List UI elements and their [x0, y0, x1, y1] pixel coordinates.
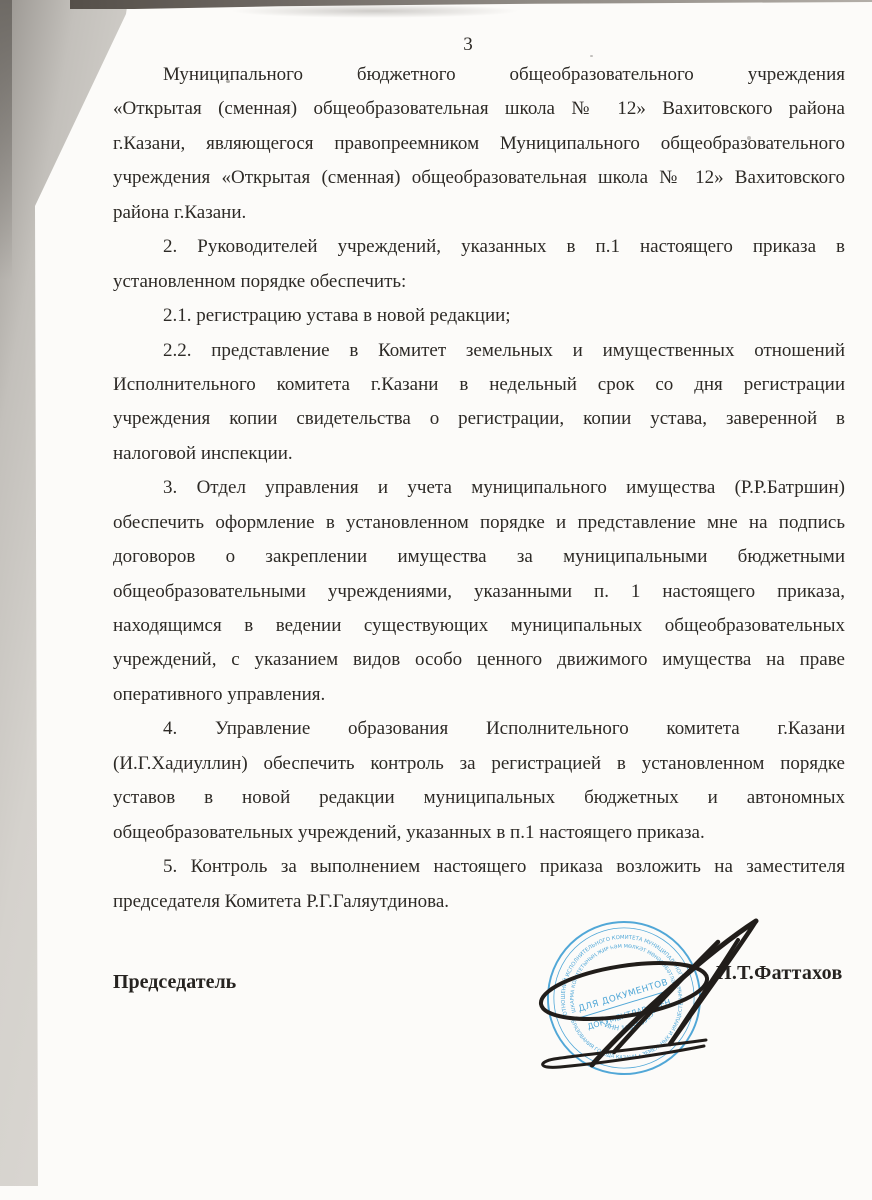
document-line: обеспечить оформление в установленном по…	[113, 506, 845, 540]
signature-underline	[543, 1040, 706, 1067]
document-line: 2.1. регистрацию устава в новой редакции…	[113, 299, 845, 333]
document-line: учреждений, с указанием видов особо ценн…	[113, 643, 845, 677]
document-body: Муниципального бюджетного общеобразовате…	[113, 58, 845, 919]
document-line: находящимся в ведении существующих муниц…	[113, 609, 845, 643]
document-line: района г.Казани.	[113, 196, 845, 230]
document-line: общеобразовательными учреждениями, указа…	[113, 575, 845, 609]
page-number: 3	[113, 34, 823, 56]
document-line: общеобразовательных учреждений, указанны…	[113, 816, 845, 850]
document-line: (И.Г.Хадиуллин) обеспечить контроль за р…	[113, 747, 845, 781]
document-line: г.Казани, являющегося правопреемником Му…	[113, 127, 845, 161]
signature-ink	[518, 900, 780, 1085]
document-line: оперативного управления.	[113, 678, 845, 712]
document-line: Исполнительного комитета г.Казани в неде…	[113, 368, 845, 402]
document-line: 4. Управление образования Исполнительног…	[113, 712, 845, 746]
document-line: «Открытая (сменная) общеобразовательная …	[113, 92, 845, 126]
document-line: 5. Контроль за выполнением настоящего пр…	[113, 850, 845, 884]
document-line: учреждения «Открытая (сменная) общеобраз…	[113, 161, 845, 195]
document-line: 2. Руководителей учреждений, указанных в…	[113, 230, 845, 264]
chairman-title: Председатель	[113, 971, 236, 994]
document-line: установленном порядке обеспечить:	[113, 265, 845, 299]
document-line: договоров о закреплении имущества за мун…	[113, 540, 845, 574]
scan-artifact-left-edge	[0, 0, 12, 280]
document-line: 3. Отдел управления и учета муниципально…	[113, 471, 845, 505]
document-line: учреждения копии свидетельства о регистр…	[113, 402, 845, 436]
scanned-document-page: 3 Муниципального бюджетного общеобразова…	[0, 0, 872, 1200]
document-line: уставов в новой редакции муниципальных б…	[113, 781, 845, 815]
document-line: Муниципального бюджетного общеобразовате…	[113, 58, 845, 92]
document-line: 2.2. представление в Комитет земельных и…	[113, 334, 845, 368]
document-line: налоговой инспекции.	[113, 437, 845, 471]
signature-loop	[537, 953, 711, 1029]
